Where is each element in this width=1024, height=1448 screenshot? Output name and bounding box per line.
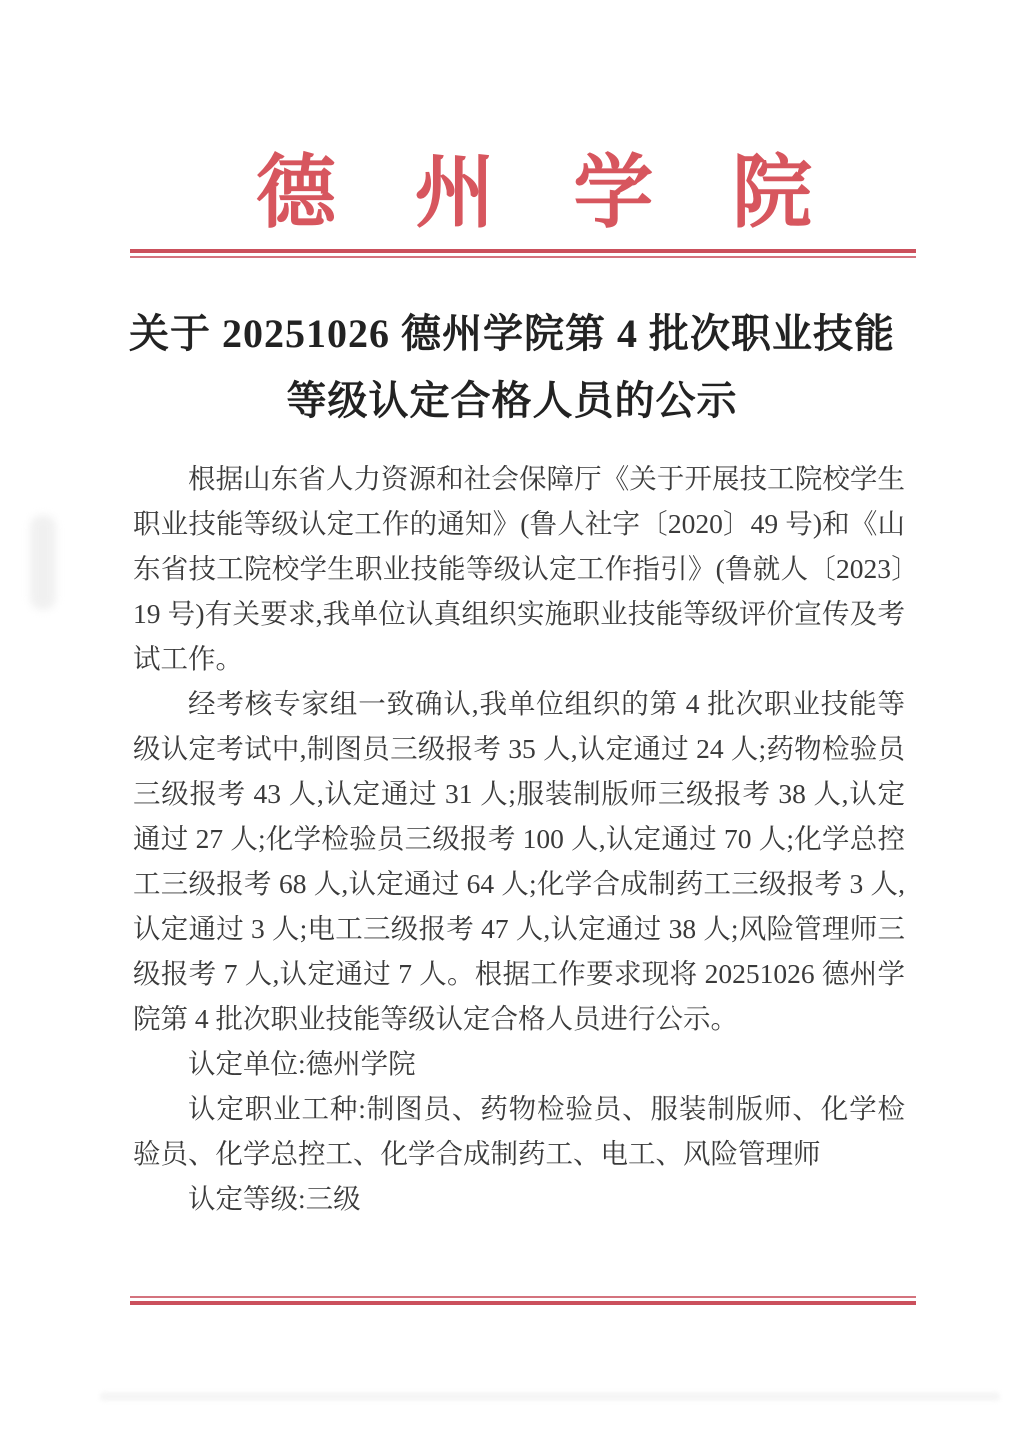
document-title-line-1: 关于 20251026 德州学院第 4 批次职业技能 [100, 300, 924, 367]
letterhead-char-4: 院 [732, 152, 812, 236]
letterhead-char-1: 德 [256, 152, 336, 236]
letterhead-char-2: 州 [415, 152, 495, 236]
paragraph-certifying-unit: 认定单位:德州学院 [133, 1041, 905, 1086]
paragraph-basis: 根据山东省人力资源和社会保障厅《关于开展技工院校学生职业技能等级认定工作的通知》… [133, 456, 905, 681]
paragraph-level: 认定等级:三级 [133, 1176, 905, 1221]
paragraph-results: 经考核专家组一致确认,我单位组织的第 4 批次职业技能等级认定考试中,制图员三级… [133, 681, 905, 1041]
footer-divider-rule [130, 1296, 916, 1305]
letterhead-org-name: 德 州 学 院 [256, 152, 812, 236]
letterhead-divider-rule [130, 249, 916, 258]
scanned-notice-page: 德 州 学 院 关于 20251026 德州学院第 4 批次职业技能 等级认定合… [0, 0, 1024, 1448]
letterhead-char-3: 学 [573, 152, 653, 236]
scan-artifact-bottom [100, 1392, 1000, 1401]
document-title: 关于 20251026 德州学院第 4 批次职业技能 等级认定合格人员的公示 [100, 300, 924, 434]
paragraph-occupations: 认定职业工种:制图员、药物检验员、服装制版师、化学检验员、化学总控工、化学合成制… [133, 1086, 905, 1176]
document-title-line-2: 等级认定合格人员的公示 [100, 367, 924, 434]
scan-artifact-left [30, 515, 56, 610]
document-body: 根据山东省人力资源和社会保障厅《关于开展技工院校学生职业技能等级认定工作的通知》… [133, 456, 905, 1221]
